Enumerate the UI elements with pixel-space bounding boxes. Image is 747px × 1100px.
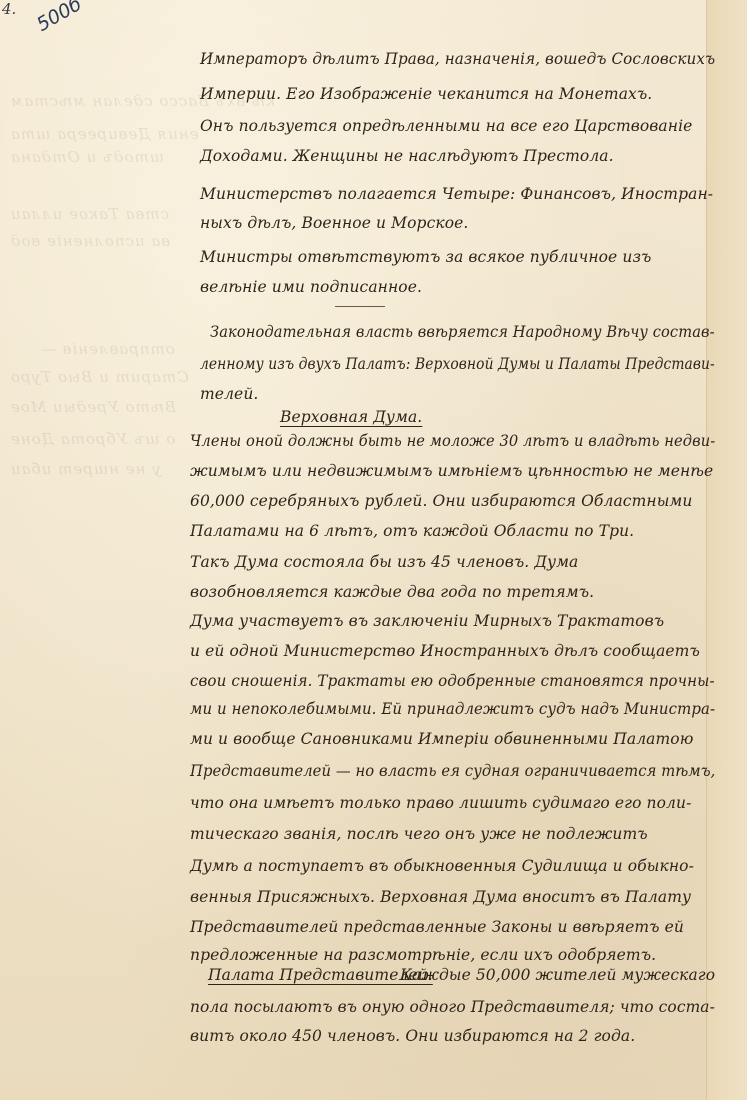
text-line: Думѣ а поступаетъ въ обыкновенныя Судили…: [190, 857, 694, 875]
text-line: жимымъ или недвижимымъ имѣніемъ цѣнность…: [190, 462, 713, 480]
bleed-through-text: Старит и Выо Туро: [10, 368, 189, 386]
section-heading-supreme-duma: Верховная Дума.: [280, 408, 422, 426]
text-line: что она имѣетъ только право лишить судим…: [190, 794, 691, 812]
text-line: Онъ пользуется опредѣленными на все его …: [200, 117, 692, 135]
text-line: Министерствъ полагается Четыре: Финансов…: [200, 185, 713, 203]
text-line: Законодательная власть ввѣряется Народно…: [210, 323, 715, 341]
text-line: и ей одной Министерство Иностранныхъ дѣл…: [190, 642, 700, 660]
bleed-through-text: ения Девиреера шта: [10, 125, 199, 143]
bleed-through-text: ва исполненіе вод: [10, 232, 170, 250]
text-line: Каждые 50,000 жителей мужескаго: [400, 966, 715, 984]
text-line: ми и непоколебимыми. Ей принадлежитъ суд…: [190, 700, 715, 718]
text-line: пола посылаютъ въ оную одного Представит…: [190, 998, 715, 1016]
text-line: венныя Присяжныхъ. Верховная Дума вносит…: [190, 888, 691, 906]
text-line: Министры отвѣтствуютъ за всякое публично…: [200, 248, 651, 266]
text-line: Императоръ дѣлитъ Права, назначенія, вош…: [200, 50, 715, 68]
text-line: Доходами. Женщины не наслѣдуютъ Престола…: [200, 147, 614, 165]
text-line: возобновляется каждые два года по третям…: [190, 583, 594, 601]
text-line: Дума участвуетъ въ заключеніи Мирныхъ Тр…: [190, 612, 664, 630]
text-line: ми и вообще Сановниками Имперіи обвиненн…: [190, 730, 693, 748]
text-line: ленному изъ двухъ Палатъ: Верховной Думы…: [200, 355, 715, 373]
text-line: тическаго званія, послѣ чего онъ уже не …: [190, 825, 648, 843]
text-line: ныхъ дѣлъ, Военное и Морское.: [200, 214, 468, 232]
text-line: витъ около 450 членовъ. Они избираются н…: [190, 1027, 635, 1045]
text-line: Такъ Дума состояла бы изъ 45 членовъ. Ду…: [190, 553, 578, 571]
text-line: Представителей — но власть ея судная огр…: [190, 762, 715, 780]
text-line: предложенные на разсмотрѣніе, если ихъ о…: [190, 946, 656, 964]
bleed-through-text: у не ншрет ибаи: [10, 460, 161, 478]
bleed-through-text: Вѣто Уредыи Мое: [10, 398, 176, 416]
bleed-through-text: ства Такое иллаи: [10, 205, 169, 223]
text-line: телей.: [200, 385, 258, 403]
bleed-through-text: отправленів —: [40, 340, 175, 358]
bleed-through-text: о шъ Уброта Доне: [10, 430, 175, 448]
text-line: Палатами на 6 лѣтъ, отъ каждой Области п…: [190, 522, 634, 540]
text-line: свои сношенія. Трактаты ею одобренные ст…: [190, 672, 715, 690]
folio-number: 4.: [2, 0, 16, 18]
section-divider: [335, 306, 385, 307]
text-line: велѣніе ими подписанное.: [200, 278, 422, 296]
text-line: 60,000 серебряныхъ рублей. Они избираютс…: [190, 492, 692, 510]
text-line: Представителей представленные Законы и в…: [190, 918, 684, 936]
text-line: Члены оной должны быть не моложе 30 лѣтъ…: [190, 432, 715, 450]
page-edge: [706, 0, 747, 1100]
bleed-through-text: штодъ и Отдана: [10, 148, 164, 166]
text-line: Империи. Его Изображеніе чеканится на Мо…: [200, 85, 652, 103]
